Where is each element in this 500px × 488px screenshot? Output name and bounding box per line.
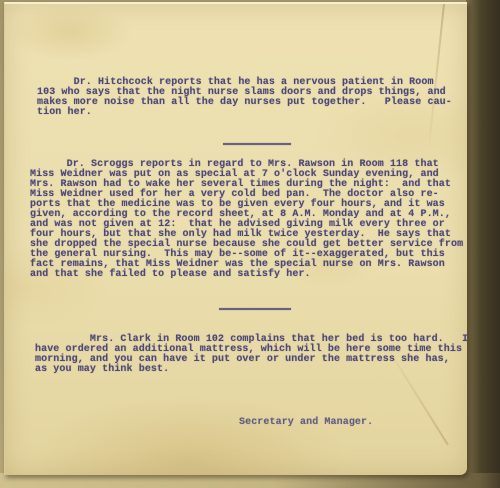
paragraph-clark-complaint: Mrs. Clark in Room 102 complains that he… [35,335,467,375]
paragraph-scroggs-report: Dr. Scroggs reports in regard to Mrs. Ra… [30,160,463,280]
paragraph-hitchcock-report: Dr. Hitchcock reports that he has a nerv… [37,78,452,118]
signature-line: Secretary and Manager. [239,418,373,428]
divider-line [219,308,291,310]
scanned-memo-photo: Dr. Hitchcock reports that he has a nerv… [0,0,500,488]
scan-right-edge [466,0,500,488]
paper-sheet: Dr. Hitchcock reports that he has a nerv… [4,2,467,475]
divider-line [223,143,291,145]
scan-bottom-edge [0,473,500,488]
